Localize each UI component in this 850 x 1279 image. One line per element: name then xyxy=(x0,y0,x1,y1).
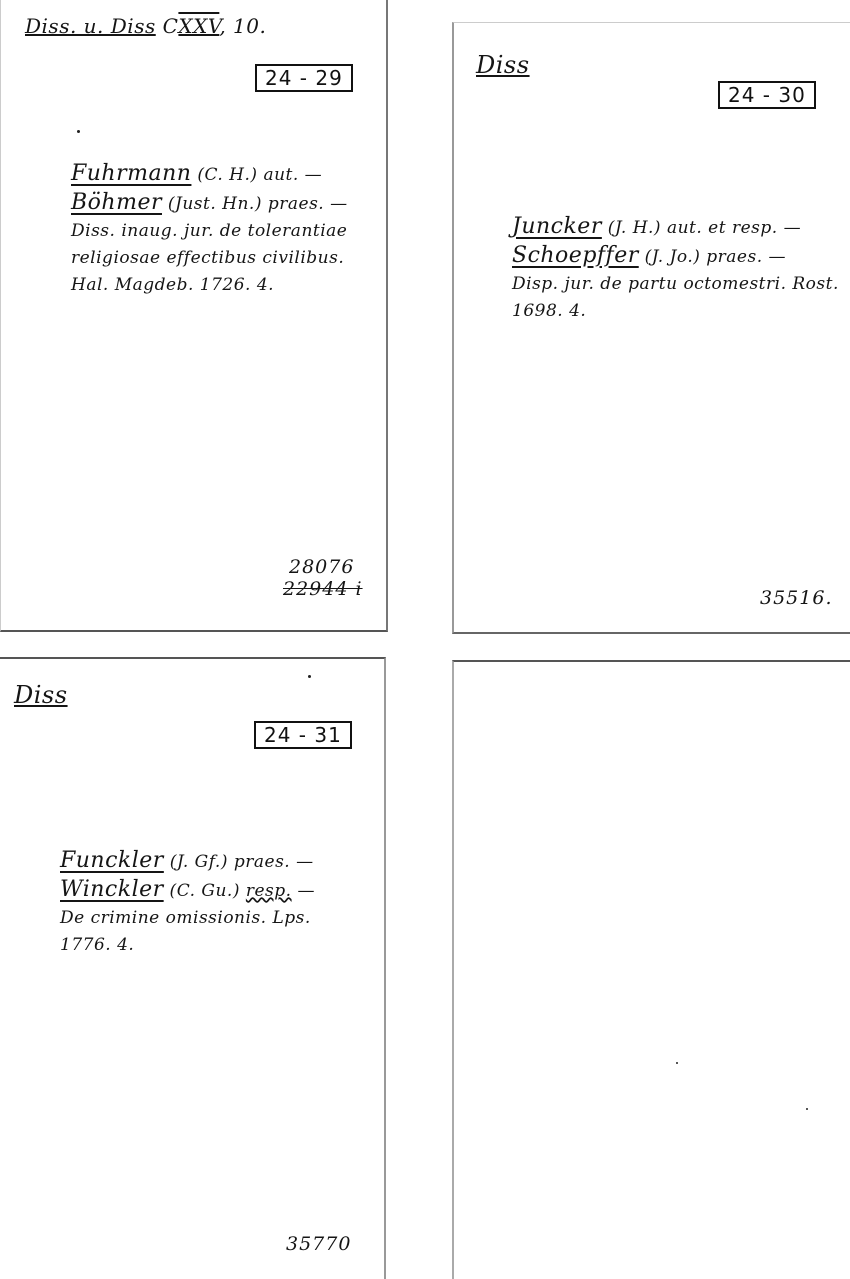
entry-line-praeses: Funckler (J. Gf.) praes. — xyxy=(60,847,315,876)
praeses-role: (Just. Hn.) praes. — xyxy=(162,194,348,214)
shelfmark: Diss xyxy=(476,51,530,79)
ink-speck xyxy=(308,675,311,678)
respondent-initials: (C. Gu.) xyxy=(164,881,246,901)
catalog-card-24-30: Diss 24 - 30 Juncker (J. H.) aut. et res… xyxy=(452,22,850,634)
accession-number: 35770 xyxy=(286,1233,351,1255)
ink-speck xyxy=(77,130,80,133)
entry-title-line: De crimine omissionis. Lps. xyxy=(60,905,315,932)
entry-line-praeses: Böhmer (Just. Hn.) praes. — xyxy=(71,189,348,218)
praeses-name: Böhmer xyxy=(71,190,162,215)
entry-title-line: religiosae effectibus civilibus. xyxy=(71,245,348,272)
old-accession-number: 22944 i xyxy=(283,578,363,600)
author-name: Juncker xyxy=(512,214,602,239)
entry-imprint-line: Hal. Magdeb. 1726. 4. xyxy=(71,272,348,299)
entry-imprint-line: 1698. 4. xyxy=(512,298,839,325)
entry-title-line: Disp. jur. de partu octomestri. Rost. xyxy=(512,271,839,298)
ink-speck xyxy=(676,1062,678,1064)
catalog-card-blank xyxy=(452,660,850,1279)
shelfmark-text: Diss. u. Diss xyxy=(25,14,156,38)
entry-line-respondent: Winckler (C. Gu.) resp. — xyxy=(60,876,315,905)
entry-dash: — xyxy=(292,881,315,901)
author-name: Fuhrmann xyxy=(71,161,191,186)
catalog-entry: Fuhrmann (C. H.) aut. — Böhmer (Just. Hn… xyxy=(71,160,348,299)
respondent-role: resp. xyxy=(246,881,292,901)
entry-line-praeses: Schoepffer (J. Jo.) praes. — xyxy=(512,242,839,271)
shelfmark: Diss xyxy=(14,681,68,709)
call-number-box: 24 - 30 xyxy=(718,81,816,109)
ink-speck xyxy=(806,1108,808,1110)
respondent-name: Winckler xyxy=(60,877,164,902)
catalog-card-24-31: Diss 24 - 31 Funckler (J. Gf.) praes. — … xyxy=(0,657,386,1279)
entry-imprint-line: 1776. 4. xyxy=(60,932,315,959)
accession-number: 35516. xyxy=(760,587,832,609)
praeses-name: Funckler xyxy=(60,848,164,873)
praeses-role: (J. Gf.) praes. — xyxy=(164,852,314,872)
shelfmark: Diss. u. Diss CXXV, 10. xyxy=(25,14,266,38)
catalog-card-24-29: Diss. u. Diss CXXV, 10. 24 - 29 Fuhrmann… xyxy=(0,0,388,632)
shelfmark-roman: XXV xyxy=(178,14,219,38)
author-role: (J. H.) aut. et resp. — xyxy=(602,218,801,238)
shelfmark-series: C xyxy=(163,14,179,38)
praeses-name: Schoepffer xyxy=(512,243,639,268)
call-number-box: 24 - 29 xyxy=(255,64,353,92)
praeses-role: (J. Jo.) praes. — xyxy=(639,247,786,267)
entry-line-author: Juncker (J. H.) aut. et resp. — xyxy=(512,213,839,242)
catalog-entry: Funckler (J. Gf.) praes. — Winckler (C. … xyxy=(60,847,315,959)
shelfmark-number: , 10. xyxy=(219,14,266,38)
accession-number: 28076 xyxy=(289,556,354,578)
entry-line-author: Fuhrmann (C. H.) aut. — xyxy=(71,160,348,189)
call-number-box: 24 - 31 xyxy=(254,721,352,749)
entry-title-line: Diss. inaug. jur. de tolerantiae xyxy=(71,218,348,245)
catalog-entry: Juncker (J. H.) aut. et resp. — Schoepff… xyxy=(512,213,839,325)
author-role: (C. H.) aut. — xyxy=(191,165,322,185)
